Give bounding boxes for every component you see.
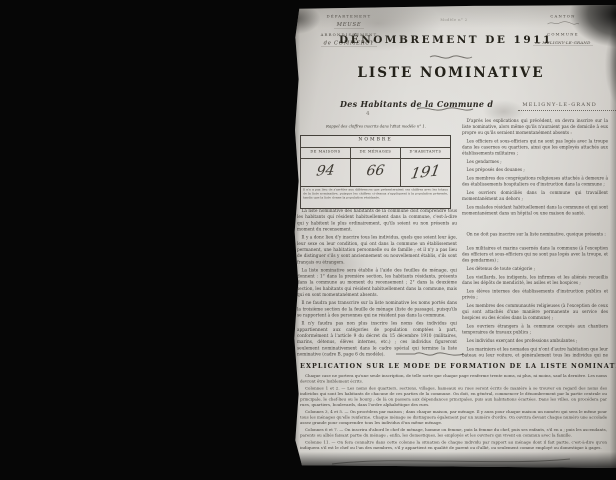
recap-table: NOMBRE DE MAISONS DE MÉNAGES D'HABITANTS… — [300, 135, 451, 209]
right-exclude-item: Les individus exerçant des professions a… — [462, 338, 608, 344]
right-include-item: Les ouvriers domiciliés dans la commune … — [462, 190, 608, 202]
explication-section: Chaque case ne portera qu'une seule insc… — [300, 373, 607, 465]
right-include-item: Les membres des congrégations religieuse… — [462, 176, 608, 188]
recap-table-title: NOMBRE — [301, 136, 450, 142]
right-exclude-item: Les ouvriers étrangers à la commune occu… — [462, 323, 608, 335]
right-include-item: Les malades résidant habituellement dans… — [462, 205, 608, 217]
recap-table-title-row: NOMBRE — [301, 136, 450, 148]
recap-value-menages: 66 — [350, 159, 400, 186]
main-title: LISTE NOMINATIVE — [346, 65, 556, 81]
page-number: 4 — [366, 111, 370, 117]
explication-paragraph: Colonnes 6 et 7. — On inscrira d'abord l… — [300, 427, 607, 438]
canton-commune-block: CANTON COMMUNE de MELIGNY-LE-GRAND — [521, 14, 605, 66]
left-paragraph: La liste nominative sera établie à l'aid… — [297, 267, 457, 298]
right-include-item: Les préposés des douanes ; — [462, 167, 608, 173]
document-paper: DÉPARTEMENT MEUSE ARRONDISSEMENT de COMM… — [292, 5, 616, 468]
title-flourish — [429, 53, 473, 61]
right-include-item: Les officiers et sous-officiers qui ne s… — [462, 138, 608, 156]
recap-col-header: DE MAISONS — [301, 148, 350, 158]
left-paragraph: La liste nominative des habitants de la … — [297, 208, 457, 233]
right-exclude-item: Les mariniers et les nomades qui n'ont d… — [462, 346, 608, 358]
left-paragraph: Il ne faudra pas transcrire sur la liste… — [297, 300, 457, 318]
explication-paragraph: Colonne 11. — On fera connaître dans cet… — [300, 440, 607, 451]
recap-value-habitants: 191 — [400, 159, 450, 186]
explication-paragraph: Colonnes 3, 4 et 5. — On procédera par m… — [300, 409, 607, 426]
section-divider-flourish — [395, 349, 465, 358]
right-instructions-column: D'après les explications qui précèdent, … — [462, 118, 608, 358]
right-exclude-item: Les membres des communautés religieuses … — [462, 303, 608, 321]
recap-footnote: Il n'y a pas lieu de s'arrêter aux diffé… — [301, 187, 450, 208]
recap-col-header: DE MÉNAGES — [350, 148, 400, 158]
right-include-item: Les gendarmes ; — [462, 159, 608, 165]
recap-value-maisons: 94 — [301, 159, 350, 186]
census-title: DÉNOMBREMENT DE 1911 — [339, 34, 549, 46]
left-paragraph: Il y a donc lieu d'y inscrire tous les i… — [297, 235, 457, 266]
right-exclude-item: Les militaires et marins casernés dans l… — [462, 245, 608, 263]
recap-table-values-row: 94 66 191 — [301, 159, 450, 187]
department-value-handwritten: MEUSE — [335, 22, 364, 29]
left-instructions-column: La liste nominative des habitants de la … — [297, 208, 457, 359]
canton-handwriting-scribble — [546, 20, 581, 26]
subtitle-commune-stamp: MELIGNY-LE-GRAND — [518, 102, 616, 111]
right-exclude-heading: On ne doit pas inscrire sur la liste nom… — [462, 231, 608, 237]
recap-col-header: D'HABITANTS — [400, 148, 450, 158]
canton-label: CANTON — [521, 14, 605, 19]
recap-table-header-row: DE MAISONS DE MÉNAGES D'HABITANTS — [301, 148, 450, 159]
right-exclude-item: Les détenus de toute catégorie ; — [462, 266, 608, 272]
right-exclude-item: Les élèves internes des établissements d… — [462, 289, 608, 301]
model-note: Modèle n° 2 — [392, 18, 516, 26]
commune-value-handwritten: de MELIGNY-LE-GRAND — [533, 41, 592, 47]
right-intro: D'après les explications qui précèdent, … — [462, 118, 608, 136]
explication-paragraph: Colonnes 1 et 2. — Les noms des quartier… — [300, 386, 607, 408]
explication-title: EXPLICATION SUR LE MODE DE FORMATION DE … — [300, 362, 602, 370]
scanned-census-page: DÉPARTEMENT MEUSE ARRONDISSEMENT de COMM… — [0, 0, 616, 480]
explication-paragraph: Chaque case ne portera qu'une seule insc… — [300, 373, 607, 384]
recap-caption: Rappel des chiffres inscrits dans l'État… — [300, 124, 452, 133]
subtitle-flourish — [416, 104, 474, 113]
page-bottom-crease — [332, 453, 572, 467]
right-exclude-item: Les vieillards, les indigents, les infir… — [462, 274, 608, 286]
